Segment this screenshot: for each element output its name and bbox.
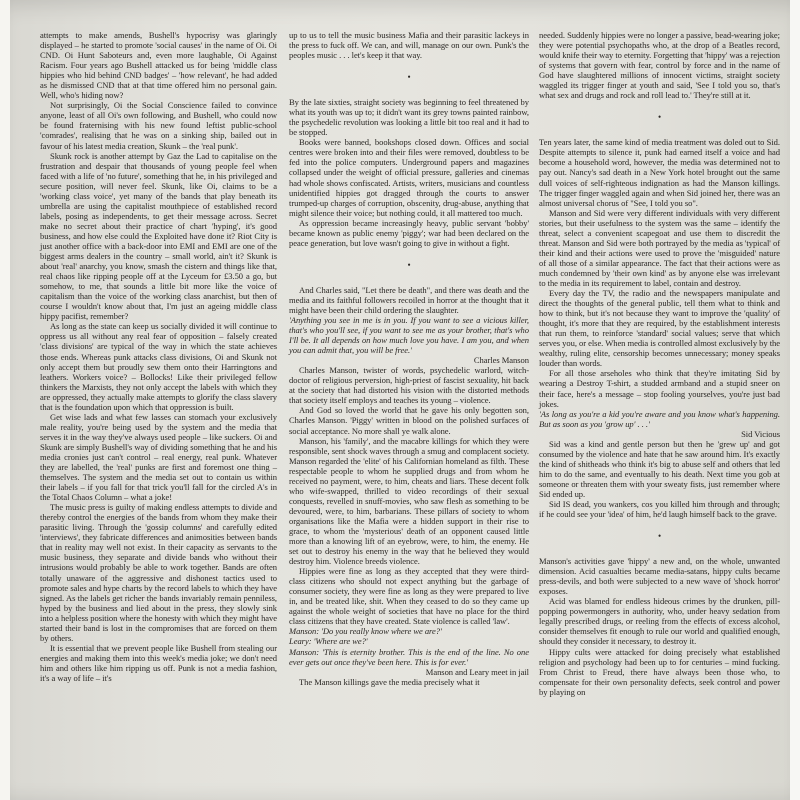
- paragraph: attempts to make amends, Bushell's hypoc…: [40, 30, 277, 100]
- text-column-middle: up to us to tell the music business Mafi…: [289, 30, 529, 687]
- paragraph: Books were banned, bookshops closed down…: [289, 137, 529, 217]
- quote-attribution: Sid Vicious: [539, 429, 780, 439]
- paragraph: Not surprisingly, Oi the Social Conscien…: [40, 100, 277, 150]
- section-separator-bullet: •: [289, 73, 529, 82]
- paragraph: Skunk rock is another attempt by Gaz the…: [40, 151, 277, 322]
- paragraph: Get wise lads and what few lasses can st…: [40, 412, 277, 502]
- text-column-right: needed. Suddenly hippies were no longer …: [539, 30, 780, 697]
- paragraph: Charles Manson, twister of words, psyche…: [289, 365, 529, 405]
- paragraph: The Manson killings gave the media preci…: [289, 677, 529, 687]
- paragraph: Ten years later, the same kind of media …: [539, 137, 780, 207]
- paragraph: The music press is guilty of making endl…: [40, 502, 277, 643]
- quotation: Leary: 'Where are we?': [289, 636, 529, 646]
- background-margin: [790, 0, 800, 800]
- quote-attribution: Manson and Leary meet in jail: [289, 667, 529, 677]
- paragraph: Manson and Sid were very different indiv…: [539, 208, 780, 288]
- paragraph: As oppression became increasingly heavy,…: [289, 218, 529, 248]
- quotation: Manson: 'This is eternity brother. This …: [289, 647, 529, 667]
- section-separator-bullet: •: [539, 113, 780, 122]
- paragraph: Sid IS dead, you wankers, cos you killed…: [539, 499, 780, 519]
- quote-attribution: Charles Manson: [289, 355, 529, 365]
- quotation: 'As long as you're a kid you're aware an…: [539, 409, 780, 429]
- paragraph: Manson's activities gave 'hippy' a new a…: [539, 556, 780, 596]
- paragraph: up to us to tell the music business Mafi…: [289, 30, 529, 60]
- paragraph: Manson, his 'family', and the macabre ki…: [289, 436, 529, 567]
- paragraph: It is essential that we prevent people l…: [40, 643, 277, 683]
- paragraph: And God so loved the world that he gave …: [289, 405, 529, 435]
- paragraph: As long as the state can keep us sociall…: [40, 321, 277, 411]
- paragraph: Every day the TV, the radio and the news…: [539, 288, 780, 368]
- paragraph: Hippies were fine as long as they accept…: [289, 566, 529, 626]
- text-column-left: attempts to make amends, Bushell's hypoc…: [40, 30, 277, 683]
- paragraph: Sid was a kind and gentle person but the…: [539, 439, 780, 499]
- paragraph: needed. Suddenly hippies were no longer …: [539, 30, 780, 100]
- quotation: Manson: 'Do you really know where we are…: [289, 626, 529, 636]
- paragraph: By the late sixties, straight society wa…: [289, 97, 529, 137]
- paragraph: Hippy cults were attacked for doing prec…: [539, 647, 780, 697]
- section-separator-bullet: •: [289, 261, 529, 270]
- paragraph: And Charles said, "Let there be death", …: [289, 285, 529, 315]
- quotation: 'Anything you see in me is in you. If yo…: [289, 315, 529, 355]
- paragraph: For all those arseholes who think that t…: [539, 368, 780, 408]
- section-separator-bullet: •: [539, 532, 780, 541]
- paragraph: Acid was blamed for endless hideous crim…: [539, 596, 780, 646]
